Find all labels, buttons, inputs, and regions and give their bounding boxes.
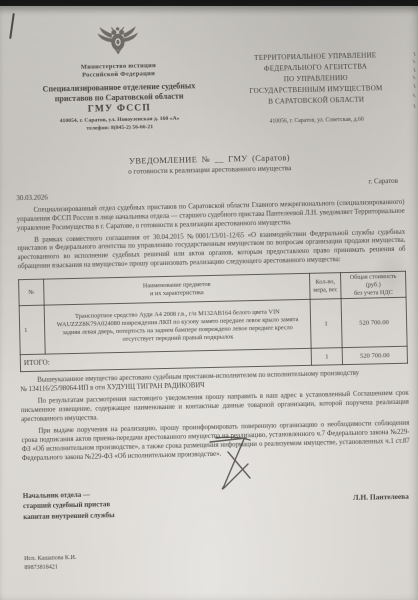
agency-address: 410056, г. Саратов, ул. Советская, д.60: [231, 116, 403, 126]
signer-position: Начальник отдела — старший судебный прис…: [23, 489, 115, 522]
property-table: № Наименование предметов и их характерис…: [18, 271, 408, 373]
document-photo: Министерство юстиции Российской Федераци…: [0, 0, 418, 600]
paragraph-intro: Специализированный отдел судебных приста…: [16, 199, 404, 234]
col-header-qty: Кол-во, мера, вес: [310, 273, 342, 300]
document-content: Министерство юстиции Российской Федераци…: [0, 1, 418, 600]
agency-name: ТЕРРИТОРИАЛЬНОЕ УПРАВЛЕНИЕ ФЕДЕРАЛЬНОГО …: [229, 50, 402, 109]
paragraph-agreement: В рамках совместного соглашения от 30.04…: [17, 228, 406, 272]
executor-block: Исп. Кашапова К.И. 89873818421: [24, 547, 412, 574]
case-number: № 134116/25/98064-ИП в отн ХУДУНЦ ТИГРАН…: [20, 382, 204, 393]
document-title-block: УВЕДОМЛЕНИЕ № __ ГМУ (Саратов) о готовно…: [15, 151, 403, 178]
recipient-block: ТЕРРИТОРИАЛЬНОЕ УПРАВЛЕНИЕ ФЕДЕРАЛЬНОГО …: [228, 18, 402, 131]
cell-item-description: Транспортное средство Ауди А4 2008 г.в.,…: [44, 300, 311, 355]
sender-block: Министерство юстиции Российской Федераци…: [13, 22, 225, 135]
total-quantity: 1: [311, 348, 342, 366]
cell-cost: 520 700.00: [341, 298, 407, 348]
paragraph-request: По результатам рассмотрения настоящего у…: [21, 390, 409, 425]
letterhead: Министерство юстиции Российской Федераци…: [13, 18, 403, 135]
cell-row-number: 1: [19, 306, 45, 356]
signer-name: Л.Н. Пантелеева: [353, 491, 411, 515]
margin-handwriting: [409, 50, 418, 120]
col-header-num: №: [19, 279, 45, 306]
cell-quantity: 1: [310, 299, 342, 349]
russian-coat-of-arms-icon: [97, 23, 140, 56]
total-cost: 520 700.00: [342, 347, 407, 365]
table-row: 1 Транспортное средство Ауди А4 2008 г.в…: [19, 298, 407, 355]
col-header-cost: Общая стоимость (руб.) без учета НДС: [341, 271, 407, 299]
org-address: 410054, г. Саратов, ул. Новоузенская д. …: [15, 115, 225, 136]
paper-sheet: Министерство юстиции Российской Федераци…: [0, 6, 418, 600]
signature-scribble-icon: [206, 434, 268, 494]
ministry-label: Министерство юстиции Российской Федераци…: [13, 61, 223, 82]
